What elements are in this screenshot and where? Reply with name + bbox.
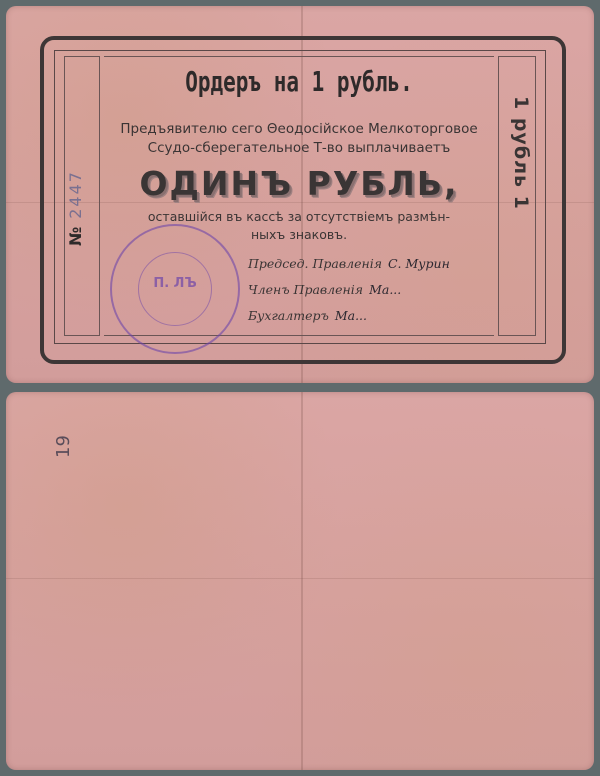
text-line-1: Предъявителю сего Θеодосiйское Мелкоторг… [104, 121, 494, 137]
handwritten-signature: Ма... [335, 308, 367, 323]
text-line-3: оставшiйся въ кассѣ за отсутствiемъ разм… [104, 209, 494, 224]
fold-line [301, 392, 303, 770]
fold-line [6, 578, 594, 579]
note-title: Ордеръ на 1 рубль. [104, 66, 494, 97]
side-denomination: 1 рубль 1 [502, 96, 532, 316]
signature-label: Председ. Правленiя [248, 256, 382, 271]
signature-label: Членъ Правленiя [248, 282, 363, 297]
signature-chairman: Председ. ПравленiяС. Мурин [248, 256, 450, 271]
side-text: 1 рубль 1 [510, 96, 532, 210]
ink-stamp: П. ЛЪ [110, 224, 240, 354]
serial-number: №2447 [66, 170, 85, 246]
denomination: ОДИНЪ РУБЛЬ, [104, 164, 494, 203]
serial-value: 2447 [66, 170, 85, 219]
text-line-2: Ссудо-сберегательное Т-во выплачиваетъ [104, 140, 494, 156]
stamp-center-text: П. ЛЪ [112, 276, 238, 291]
signature-label: Бухгалтеръ [248, 308, 329, 323]
pencil-mark: 19 [53, 435, 74, 458]
handwritten-signature: Ма... [369, 282, 401, 297]
signature-accountant: БухгалтеръМа... [248, 308, 367, 323]
banknote-back: 19 [6, 392, 594, 770]
signature-member: Членъ ПравленiяМа... [248, 282, 401, 297]
handwritten-signature: С. Мурин [388, 256, 450, 271]
banknote-front: Ордеръ на 1 рубль. Предъявителю сего Θео… [6, 6, 594, 383]
number-sign: № [66, 227, 85, 246]
